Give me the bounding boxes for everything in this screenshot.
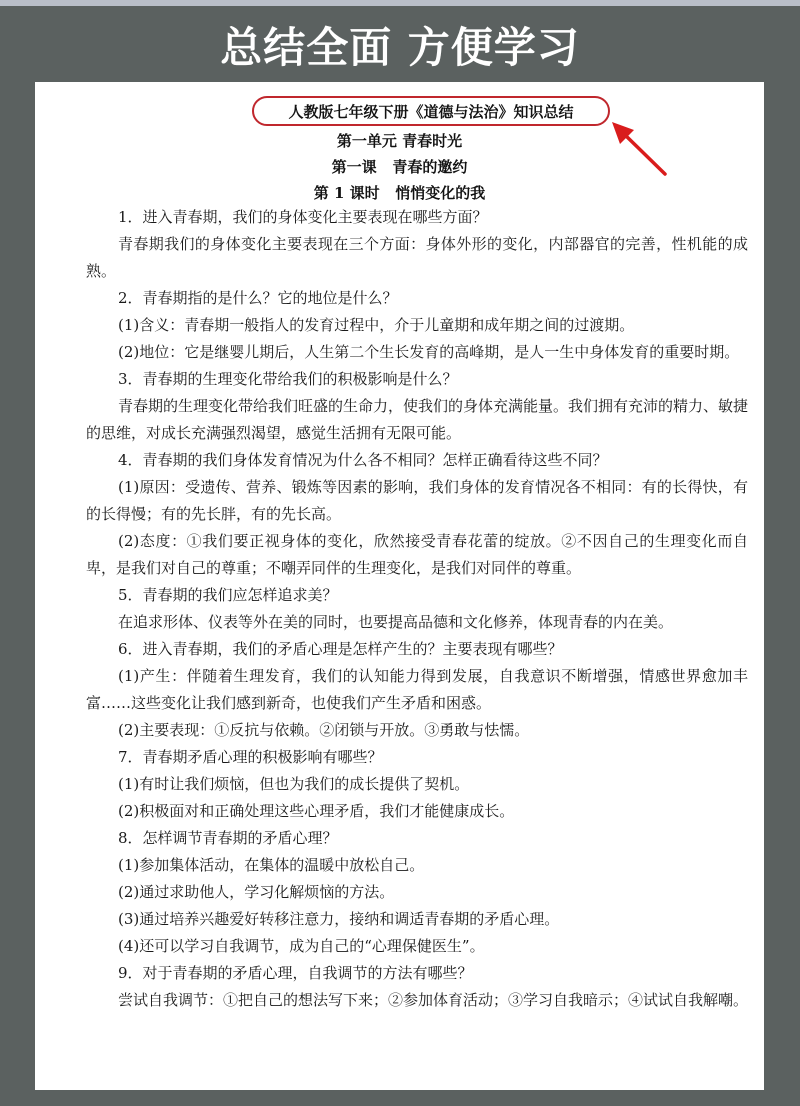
question-2: 2．青春期指的是什么？它的地位是什么？: [86, 285, 748, 312]
answer-8-1: (1)参加集体活动，在集体的温暖中放松自己。: [86, 852, 748, 879]
question-3: 3．青春期的生理变化带给我们的积极影响是什么？: [86, 366, 748, 393]
question-6: 6．进入青春期，我们的矛盾心理是怎样产生的？主要表现有哪些？: [86, 636, 748, 663]
answer-2-2: (2)地位：它是继婴儿期后，人生第二个生长发育的高峰期，是人一生中身体发育的重要…: [86, 339, 748, 366]
doc-title: 人教版七年级下册《道德与法治》知识总结: [288, 101, 573, 122]
question-4: 4．青春期的我们身体发育情况为什么各不相同？怎样正确看待这些不同？: [86, 447, 748, 474]
answer-7-1: (1)有时让我们烦恼，但也为我们的成长提供了契机。: [86, 771, 748, 798]
answer-6-2: (2)主要表现：①反抗与依赖。②闭锁与开放。③勇敢与怯懦。: [86, 717, 748, 744]
answer-9: 尝试自我调节：①把自己的想法写下来；②参加体育活动；③学习自我暗示；④试试自我解…: [86, 987, 748, 1014]
answer-6-1: (1)产生：伴随着生理发育，我们的认知能力得到发展，自我意识不断增强，情感世界愈…: [86, 663, 748, 717]
answer-2-1: (1)含义：青春期一般指人的发育过程中，介于儿童期和成年期之间的过渡期。: [86, 312, 748, 339]
lesson-heading: 第一课 青春的邀约: [35, 156, 764, 177]
answer-8-4: (4)还可以学习自我调节，成为自己的“心理保健医生”。: [86, 933, 748, 960]
top-strip: [0, 0, 800, 6]
answer-4-2: (2)态度：①我们要正视身体的变化，欣然接受青春花蕾的绽放。②不因自己的生理变化…: [86, 528, 748, 582]
answer-3: 青春期的生理变化带给我们旺盛的生命力，使我们的身体充满能量。我们拥有充沛的精力、…: [86, 393, 748, 447]
document-page: 人教版七年级下册《道德与法治》知识总结 第一单元 青春时光 第一课 青春的邀约 …: [35, 82, 764, 1090]
answer-7-2: (2)积极面对和正确处理这些心理矛盾，我们才能健康成长。: [86, 798, 748, 825]
doc-title-highlight: 人教版七年级下册《道德与法治》知识总结: [252, 96, 610, 126]
document-body: 1．进入青春期，我们的身体变化主要表现在哪些方面？ 青春期我们的身体变化主要表现…: [86, 204, 748, 1014]
answer-8-2: (2)通过求助他人，学习化解烦恼的方法。: [86, 879, 748, 906]
question-7: 7．青春期矛盾心理的积极影响有哪些？: [86, 744, 748, 771]
answer-8-3: (3)通过培养兴趣爱好转移注意力，接纳和调适青春期的矛盾心理。: [86, 906, 748, 933]
banner-title: 总结全面 方便学习: [0, 18, 800, 78]
answer-4-1: (1)原因：受遗传、营养、锻炼等因素的影响，我们身体的发育情况各不相同：有的长得…: [86, 474, 748, 528]
period-heading: 第 1 课时 悄悄变化的我: [35, 182, 764, 203]
answer-1: 青春期我们的身体变化主要表现在三个方面：身体外形的变化，内部器官的完善，性机能的…: [86, 231, 748, 285]
question-8: 8．怎样调节青春期的矛盾心理？: [86, 825, 748, 852]
question-9: 9．对于青春期的矛盾心理，自我调节的方法有哪些？: [86, 960, 748, 987]
answer-5: 在追求形体、仪表等外在美的同时，也要提高品德和文化修养，体现青春的内在美。: [86, 609, 748, 636]
question-1: 1．进入青春期，我们的身体变化主要表现在哪些方面？: [86, 204, 748, 231]
unit-heading: 第一单元 青春时光: [35, 130, 764, 151]
question-5: 5．青春期的我们应怎样追求美？: [86, 582, 748, 609]
